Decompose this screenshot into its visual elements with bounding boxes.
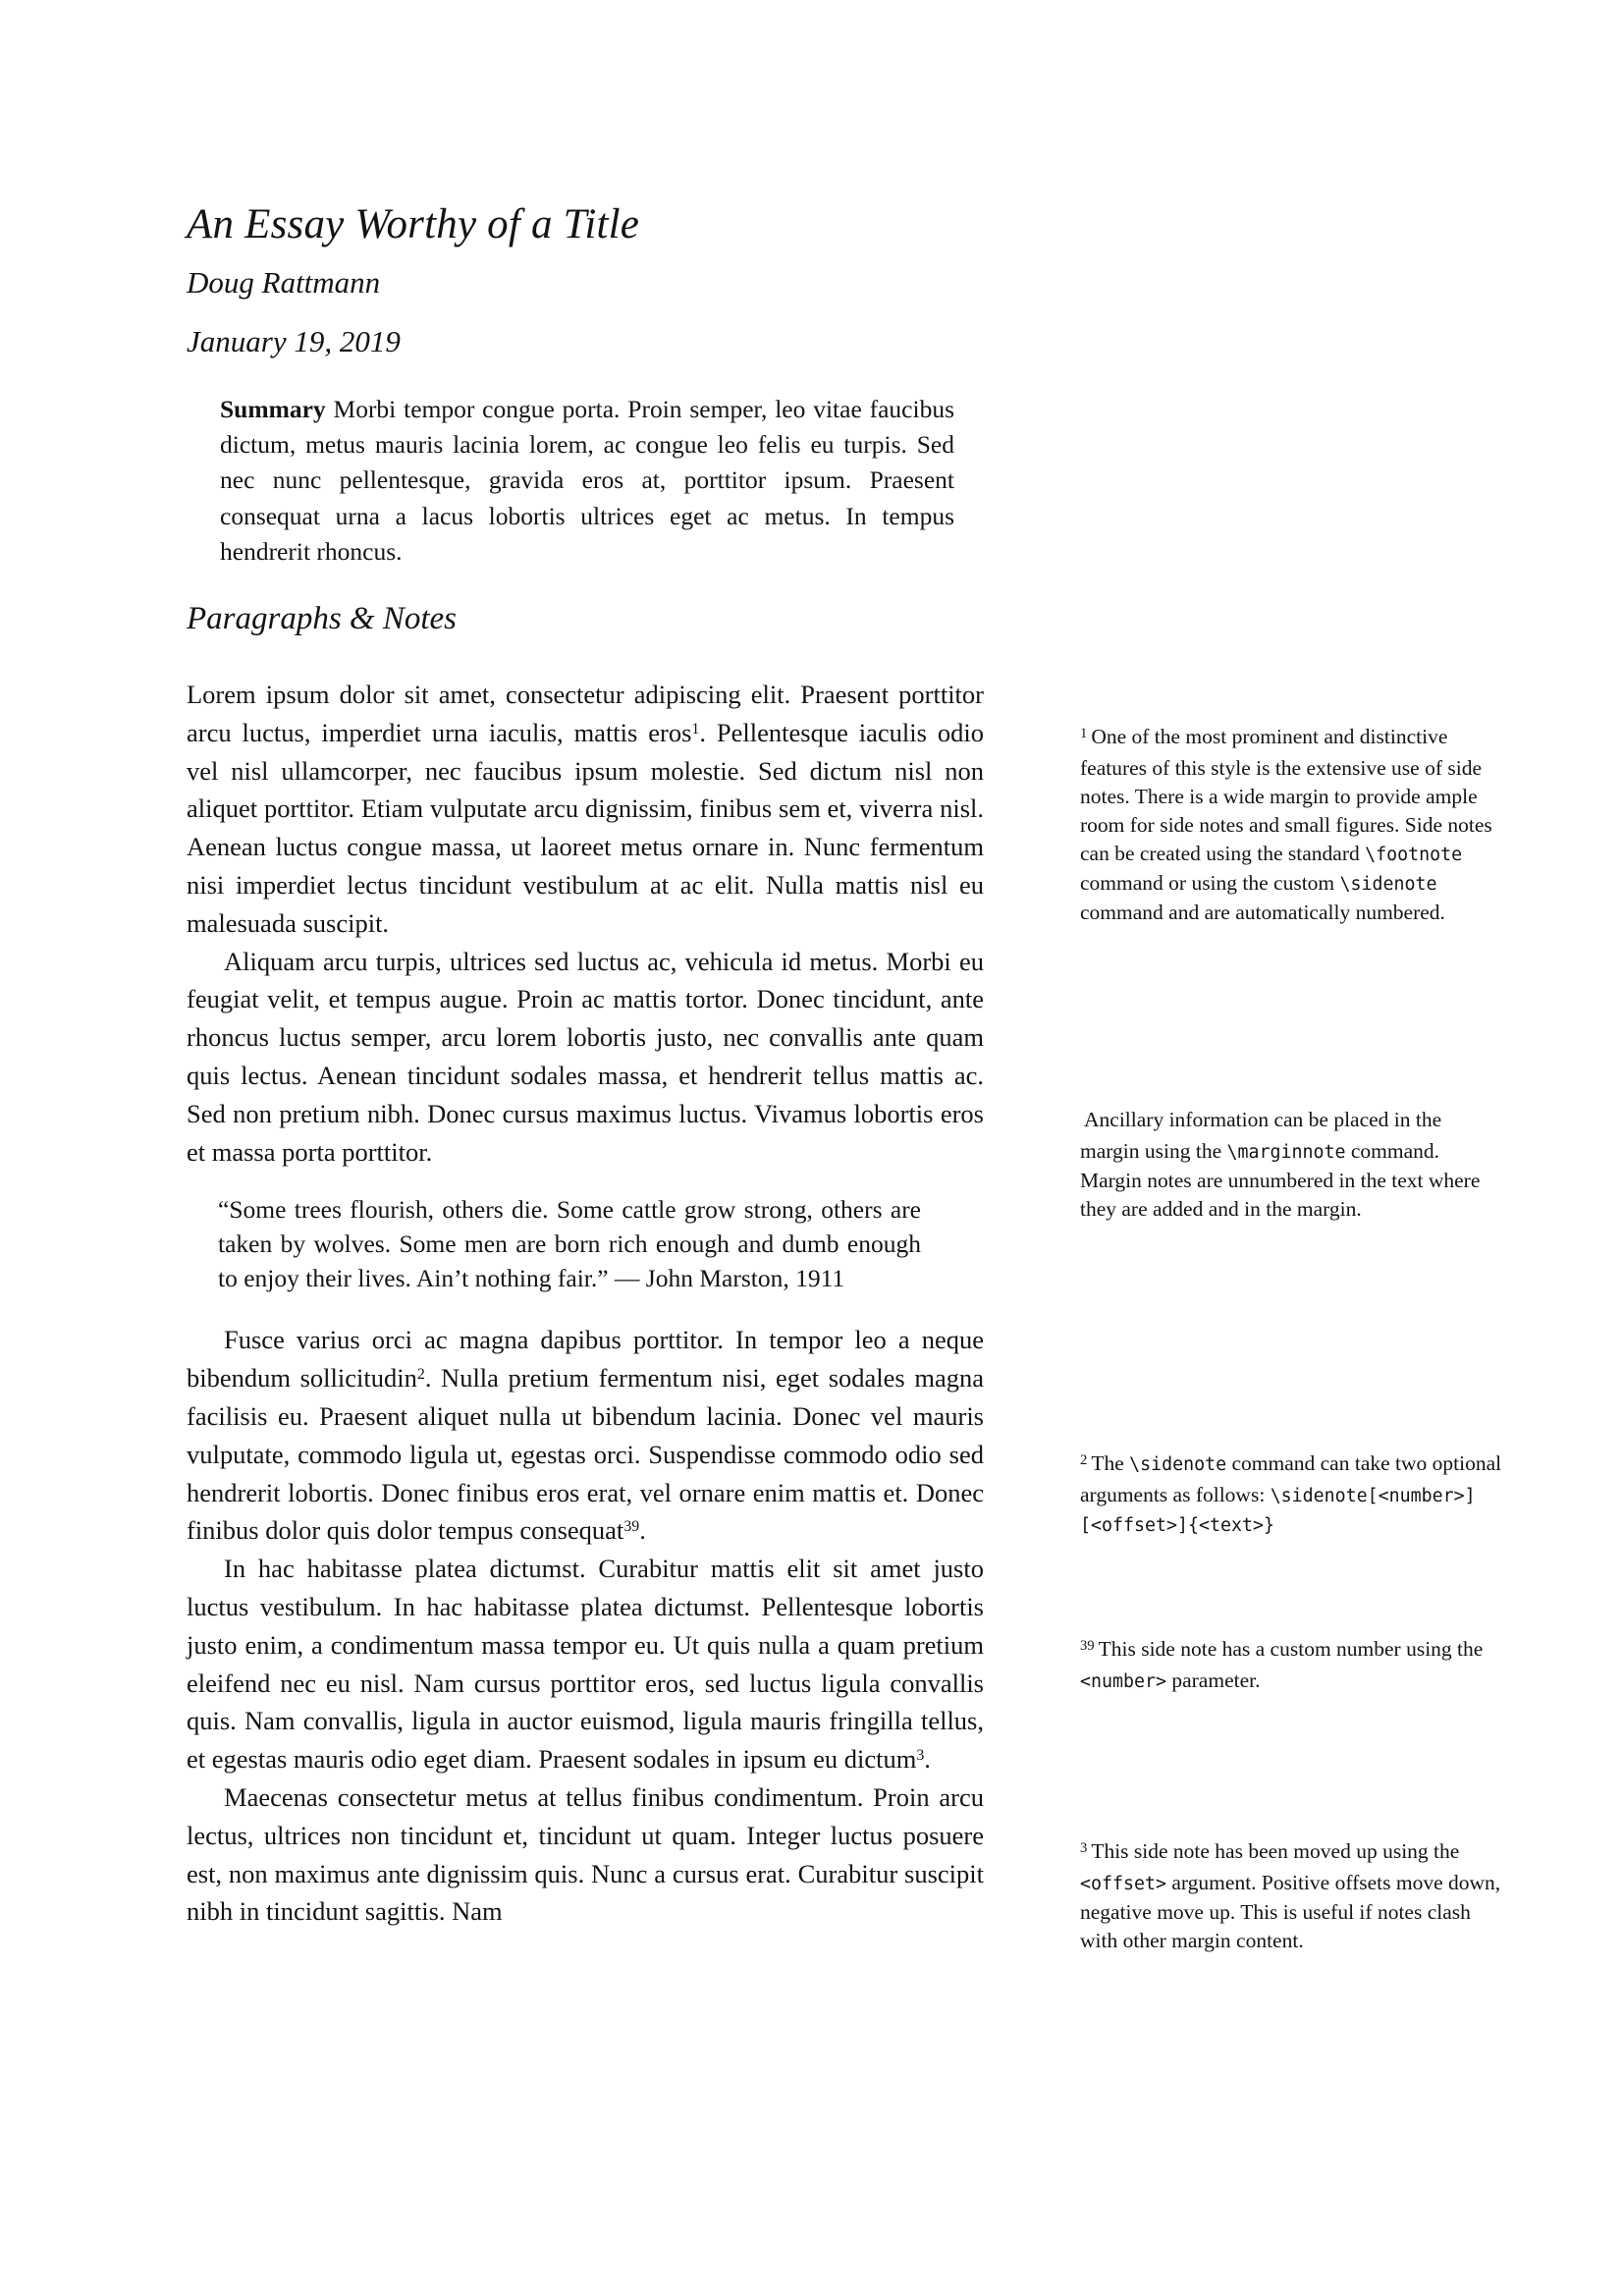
body-paragraph: In hac habitasse platea dictumst. Curabi… <box>187 1550 984 1778</box>
sidenote-1: 1One of the most prominent and distincti… <box>1080 723 1502 927</box>
block-quote: “Some trees flourish, others die. Some c… <box>187 1192 921 1295</box>
body-paragraph: Fusce varius orci ac magna dapibus portt… <box>187 1321 984 1550</box>
sidenote-39: 39This side note has a custom number usi… <box>1080 1635 1502 1696</box>
summary-label: Summary <box>220 395 326 423</box>
page-title: An Essay Worthy of a Title <box>187 200 639 248</box>
sidenote-text: One of the most prominent and distinctiv… <box>1080 725 1492 924</box>
sidenote-text: This side note has a custom number using… <box>1080 1637 1483 1692</box>
summary-text: Morbi tempor congue porta. Proin semper,… <box>220 395 954 566</box>
body-paragraph: Aliquam arcu turpis, ultrices sed luctus… <box>187 943 984 1172</box>
document-page: An Essay Worthy of a Title Doug Rattmann… <box>0 0 1623 2296</box>
summary-block: Summary Morbi tempor congue porta. Proin… <box>220 392 954 570</box>
sidenote-3: 3This side note has been moved up using … <box>1080 1837 1502 1955</box>
document-date: January 19, 2019 <box>187 324 401 359</box>
sidenote-marker: 2 <box>1080 1452 1087 1468</box>
sidenote-2: 2The \sidenote command can take two opti… <box>1080 1449 1502 1540</box>
section-heading: Paragraphs & Notes <box>187 601 457 637</box>
body-paragraph: Lorem ipsum dolor sit amet, consectetur … <box>187 676 984 943</box>
sidenote-marker: 39 <box>1080 1638 1095 1654</box>
sidenote-text: This side note has been moved up using t… <box>1080 1839 1500 1952</box>
margin-note: Ancillary information can be placed in t… <box>1080 1106 1502 1224</box>
sidenote-marker: 1 <box>1080 726 1087 741</box>
sidenote-marker: 3 <box>1080 1840 1087 1856</box>
document-author: Doug Rattmann <box>187 265 380 301</box>
sidenote-text: The \sidenote command can take two optio… <box>1080 1451 1501 1536</box>
sidenote-text: Ancillary information can be placed in t… <box>1080 1108 1480 1221</box>
main-text-column: Lorem ipsum dolor sit amet, consectetur … <box>187 676 984 1931</box>
body-paragraph: Maecenas consectetur metus at tellus fin… <box>187 1778 984 1931</box>
